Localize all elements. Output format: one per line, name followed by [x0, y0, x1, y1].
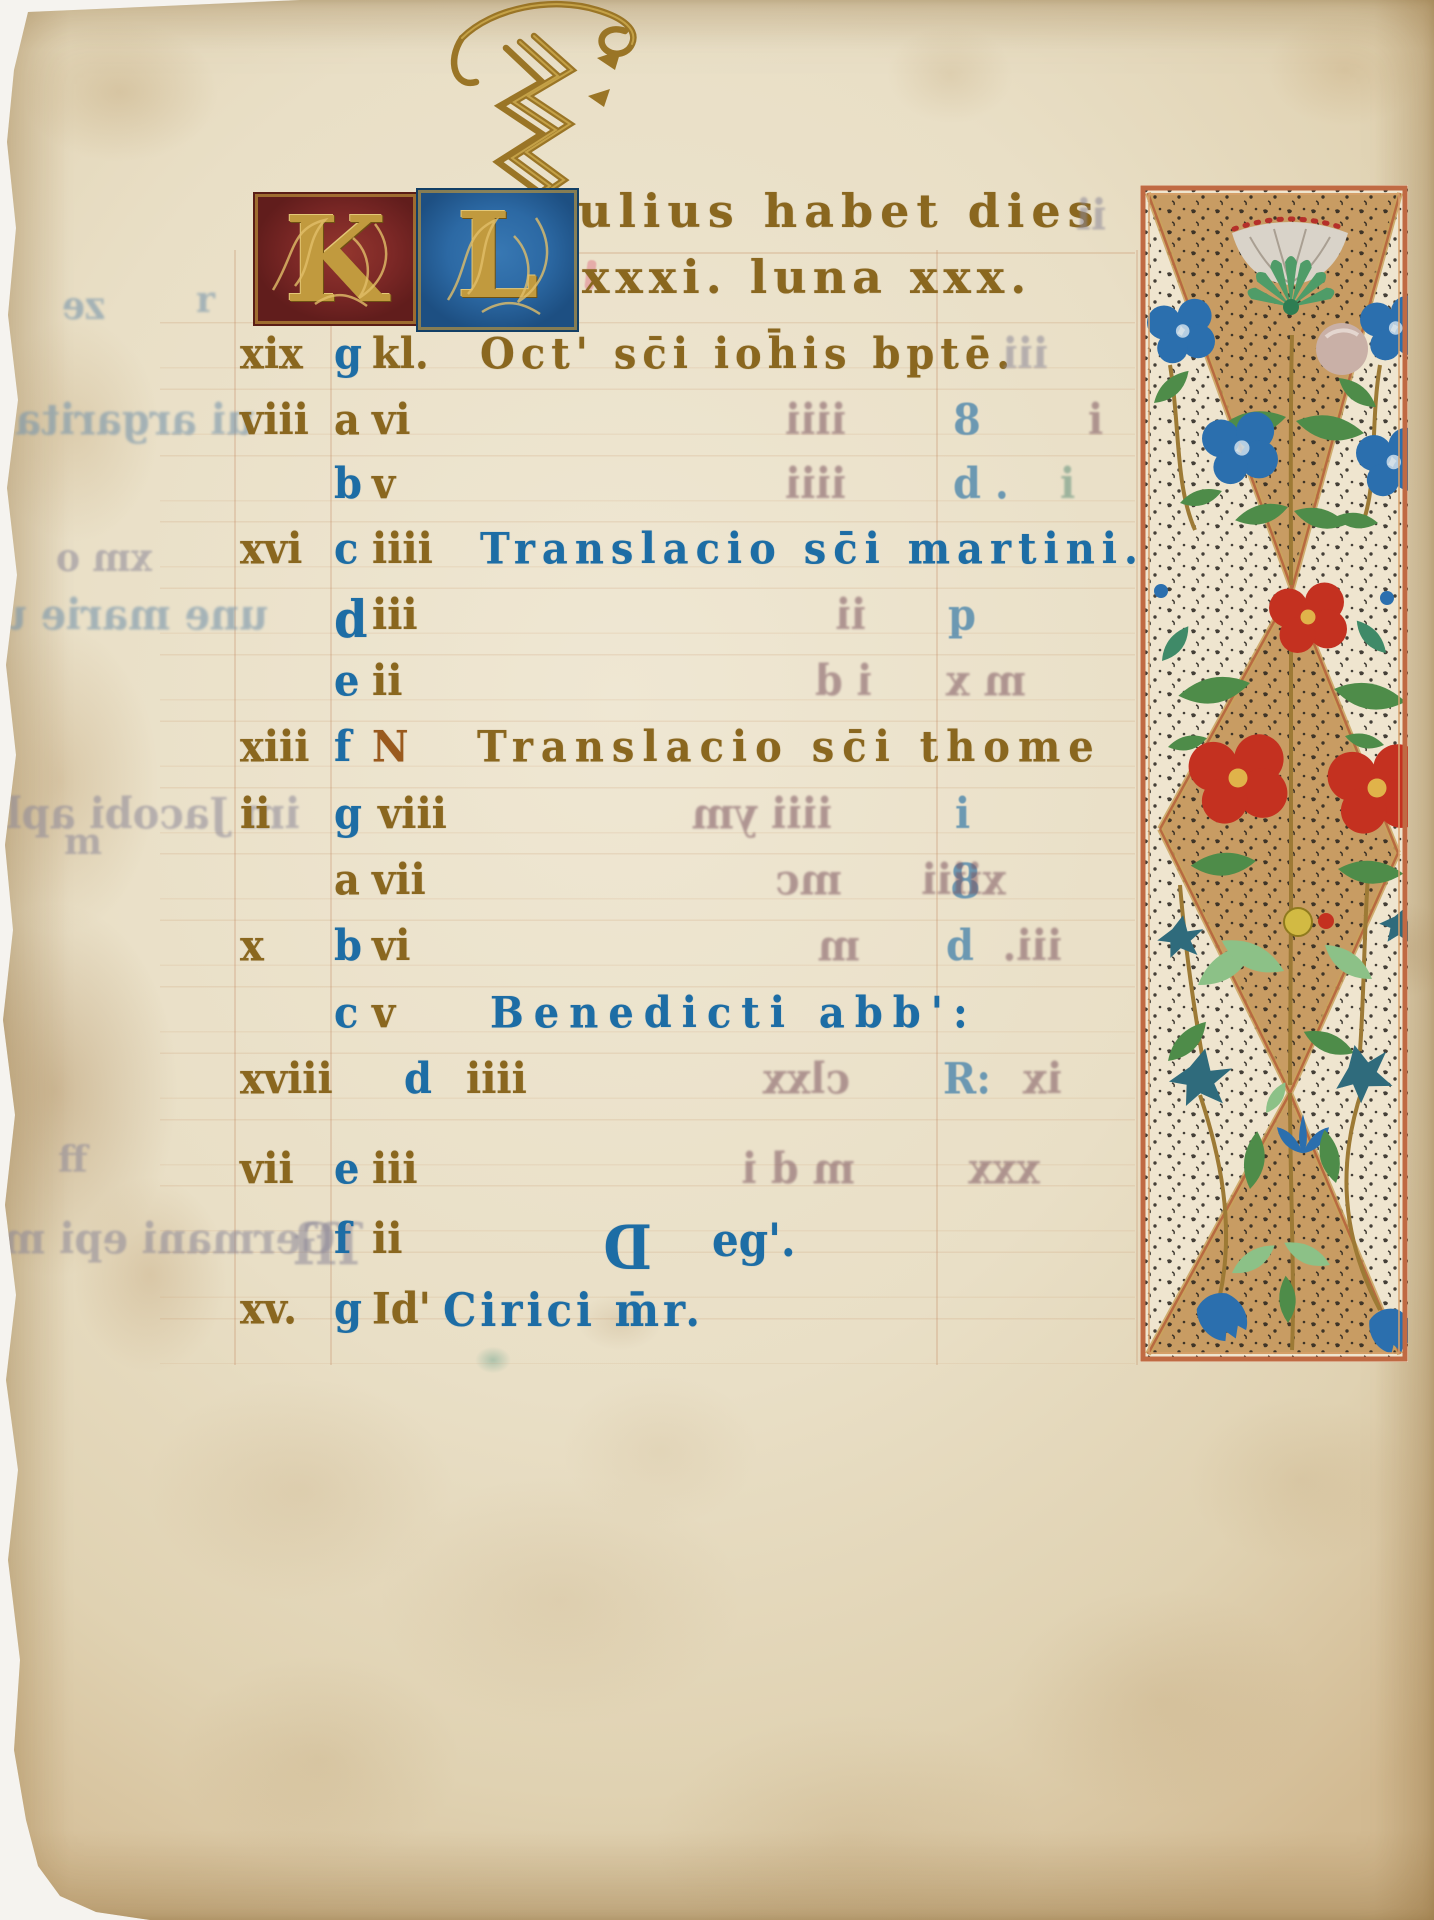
- day-label: viii: [378, 793, 447, 836]
- show-through: i d: [815, 660, 872, 703]
- dominical-letter: f: [334, 1218, 351, 1261]
- show-through: xiiii: [921, 859, 1006, 902]
- day-label: vi: [372, 399, 410, 442]
- show-through: 8: [953, 399, 981, 442]
- calendar-row: b v iiii d . i: [0, 463, 1140, 525]
- show-through: xxx: [968, 1148, 1040, 1191]
- dominical-letter: e: [334, 1148, 359, 1191]
- golden-number: xiii: [240, 726, 309, 769]
- day-label: N: [372, 726, 409, 769]
- calendar-row: im Jacobi apli ii g viii iiii ym i: [0, 793, 1140, 855]
- dominical-letter: c: [334, 528, 358, 571]
- show-through: m: [64, 824, 102, 860]
- show-through: ii: [1076, 194, 1106, 237]
- dominical-letter: a: [334, 859, 360, 902]
- dominical-letter: e: [334, 660, 359, 703]
- calendar-row: c v Benedicti abb':: [0, 992, 1140, 1054]
- calendar-row: une marie uod m d iii ii p: [0, 594, 1140, 656]
- day-label: v: [372, 992, 395, 1035]
- golden-number: xviii: [240, 1058, 333, 1101]
- initial-l-block: L: [418, 190, 577, 330]
- show-through: Germani epi m: [3, 1218, 335, 1261]
- golden-number: xvi: [240, 528, 302, 571]
- calendar-row: a vii mc 8 xiiii: [0, 859, 1140, 921]
- feast-entry: eg'.: [712, 1218, 796, 1263]
- month-heading-line1: ulius habet dies: [578, 188, 1101, 234]
- day-label: vi: [372, 925, 410, 968]
- calendar-row: x b vi m d iii.: [0, 925, 1140, 987]
- show-through: iii: [1002, 333, 1048, 376]
- day-label: ii: [372, 660, 402, 703]
- foliate-ornament-icon: [255, 194, 416, 324]
- show-through: ff: [58, 1142, 88, 1178]
- day-label: v: [372, 463, 395, 506]
- manuscript-photo: { "header": { "initial_k": "K", "initial…: [0, 0, 1434, 1920]
- calendar-row: xv. g Id' Cirici m̄r.: [0, 1288, 1140, 1350]
- show-through: i: [955, 793, 970, 836]
- dominical-letter: d: [334, 594, 368, 646]
- golden-number: vii: [240, 1148, 294, 1191]
- golden-number: xv.: [240, 1288, 297, 1331]
- show-through: m d i: [742, 1148, 855, 1191]
- show-through: ix: [1023, 1058, 1062, 1101]
- show-through: ui argarita M: [0, 399, 255, 442]
- show-through: i: [1088, 399, 1103, 442]
- month-heading-line2: xxxi. luna xxx.: [582, 254, 1032, 300]
- show-through: iiii: [785, 463, 846, 506]
- dominical-letter: d: [404, 1058, 432, 1101]
- kl-monogram: K L: [253, 190, 579, 332]
- feast-entry: Oct' sc̄i ioh̄is bptē.: [480, 333, 1016, 376]
- parchment-leaf: K L ulius habet dies ii xxxi. luna x: [0, 0, 1434, 1920]
- golden-number: ii: [240, 793, 270, 836]
- show-through: une marie uod m: [0, 594, 268, 637]
- show-through: p: [948, 594, 976, 637]
- calendar-row: xix g kl. Oct' sc̄i ioh̄is bptē. iii: [0, 333, 1140, 395]
- dominical-letter: b: [334, 463, 362, 506]
- show-through: clxx: [763, 1058, 850, 1101]
- dominical-letter: g: [334, 793, 362, 836]
- show-through: xm o: [56, 539, 152, 578]
- calendar-row: xiii f N Translacio sc̄i thome: [0, 726, 1140, 788]
- show-through: m: [818, 925, 860, 968]
- day-label: vii: [372, 859, 426, 902]
- day-label: iiii: [372, 528, 433, 571]
- calendar-row: ſſſ Germani epi m f ii D eg'.: [0, 1218, 1140, 1280]
- feast-entry: Translacio sc̄i thome: [477, 726, 1102, 769]
- feast-entry: Translacio sc̄i martini.: [480, 528, 1145, 571]
- day-label: Id': [372, 1288, 431, 1331]
- initial-k-block: K: [255, 194, 416, 324]
- dominical-letter: b: [334, 925, 362, 968]
- calendar-row: xvi c iiii Translacio sc̄i martini.: [0, 528, 1140, 590]
- yellow-bud: [1284, 908, 1312, 936]
- calendar-row: vii e iii m d i xxx: [0, 1148, 1140, 1210]
- calendar-row: e ii i d m x: [0, 660, 1140, 722]
- day-label: iii: [372, 594, 418, 637]
- day-label: iiii: [466, 1058, 527, 1101]
- day-label: iii: [372, 1148, 418, 1191]
- golden-number: xix: [240, 333, 303, 376]
- dominical-letter: g: [334, 333, 362, 376]
- dominical-letter: f: [334, 726, 351, 769]
- show-through: iiii ym: [692, 793, 832, 836]
- dominical-letter: c: [334, 992, 358, 1035]
- show-through: i: [1060, 463, 1075, 506]
- show-through: R:: [943, 1058, 991, 1101]
- show-through: m x: [946, 660, 1026, 703]
- floral-border-panel: [1140, 185, 1408, 1362]
- golden-number: viii: [240, 399, 309, 442]
- feast-entry: Benedicti abb':: [490, 992, 978, 1035]
- feast-entry-initial: D: [603, 1218, 652, 1278]
- show-through: ze: [62, 287, 105, 326]
- dominical-letter: a: [334, 399, 360, 442]
- foliate-ornament-icon: [418, 190, 577, 330]
- day-label: kl.: [372, 333, 429, 376]
- day-label: ii: [372, 1218, 402, 1261]
- feast-entry: Cirici m̄r.: [443, 1288, 704, 1333]
- show-through: iii.: [1002, 925, 1062, 968]
- show-through: r: [196, 282, 215, 318]
- show-through: ii: [836, 594, 866, 637]
- show-through: d: [946, 925, 974, 968]
- show-through: d .: [953, 463, 1009, 506]
- show-through: mc: [775, 859, 842, 902]
- dominical-letter: g: [334, 1288, 362, 1331]
- golden-number: x: [240, 925, 264, 968]
- calendar-row: xviii d iiii clxx R: ix: [0, 1058, 1140, 1120]
- show-through: iiii: [785, 399, 846, 442]
- calendar-row: ui argarita M viii a vi iiii 8 i: [0, 399, 1140, 461]
